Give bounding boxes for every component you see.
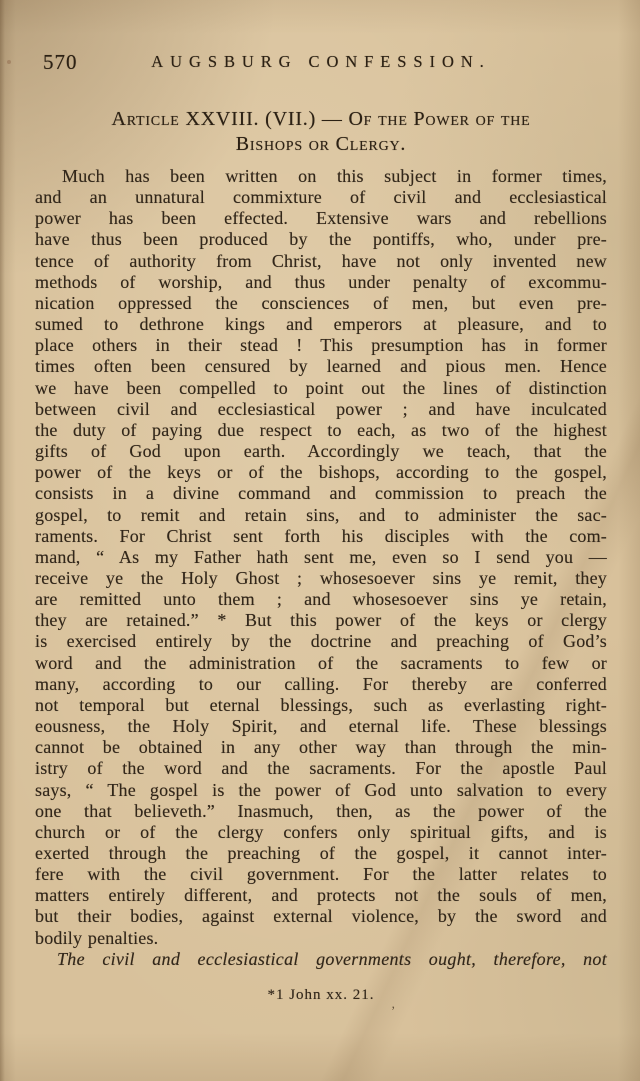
article-heading-line-1: Article XXVIII. (VII.) — Of the Power of…	[35, 107, 607, 132]
body-text-line: says, “ The gospel is the power of God u…	[35, 780, 607, 801]
body-text-line: is exercised entirely by the doctrine an…	[35, 631, 607, 652]
body-text-line: mand, “ As my Father hath sent me, even …	[35, 547, 607, 568]
body-text-line: have thus been produced by the pontiffs,…	[35, 229, 607, 250]
body-text-line: Much has been written on this subject in…	[35, 166, 607, 187]
article-heading: Article XXVIII. (VII.) — Of the Power of…	[35, 107, 607, 157]
continuation-paragraph-line: The civil and ecclesiastical governments…	[35, 949, 607, 971]
body-text-line: are remitted unto them ; and whosesoever…	[35, 589, 607, 610]
paper-speck	[7, 60, 11, 64]
article-heading-line-2: Bishops or Clergy.	[35, 132, 607, 157]
body-text-line: cannot be obtained in any other way than…	[35, 737, 607, 758]
body-text-line: receive ye the Holy Ghost ; whosesoever …	[35, 568, 607, 589]
body-text-line: eousness, the Holy Spirit, and eternal l…	[35, 716, 607, 737]
body-text-line: methods of worship, and thus under penal…	[35, 272, 607, 293]
body-paragraph: Much has been written on this subject in…	[35, 166, 607, 949]
body-text-line: power has been effected. Extensive wars …	[35, 208, 607, 229]
running-title: AUGSBURG CONFESSION.	[35, 52, 607, 72]
body-text-line: times often been censured by learned and…	[35, 356, 607, 377]
paper-speck: ’	[391, 1003, 395, 1019]
book-page: 570 AUGSBURG CONFESSION. Article XXVIII.…	[0, 0, 640, 1081]
body-text-line: they are retained.” * But this power of …	[35, 610, 607, 631]
body-text-line: place others in their stead ! This presu…	[35, 335, 607, 356]
body-text-line: between civil and ecclesiastical power ;…	[35, 399, 607, 420]
body-text-line: exerted through the preaching of the gos…	[35, 843, 607, 864]
body-text-line: many, according to our calling. For ther…	[35, 674, 607, 695]
body-text-line: but their bodies, against external viole…	[35, 906, 607, 927]
body-text-line: gospel, to remit and retain sins, and to…	[35, 505, 607, 526]
body-text-line: and an unnatural commixture of civil and…	[35, 187, 607, 208]
body-text-line: the duty of paying due respect to each, …	[35, 420, 607, 441]
body-text-line: not temporal but eternal blessings, such…	[35, 695, 607, 716]
footnote: *1 John xx. 21.	[35, 987, 607, 1004]
page-content: 570 AUGSBURG CONFESSION. Article XXVIII.…	[35, 0, 607, 1004]
body-text-line: fere with the civil government. For the …	[35, 864, 607, 885]
body-text-line: power of the keys or of the bishops, acc…	[35, 462, 607, 483]
body-text-line: word and the administration of the sacra…	[35, 653, 607, 674]
body-text-line: one that believeth.” Inasmuch, then, as …	[35, 801, 607, 822]
body-text-line: tence of authority from Christ, have not…	[35, 251, 607, 272]
body-text-line: church or of the clergy confers only spi…	[35, 822, 607, 843]
body-text-line: sumed to dethrone kings and emperors at …	[35, 314, 607, 335]
body-text-line: matters entirely different, and protects…	[35, 885, 607, 906]
footnote-text: *1 John xx. 21.	[267, 987, 374, 1003]
body-text-line: we have been compelled to point out the …	[35, 378, 607, 399]
body-text-line: istry of the word and the sacraments. Fo…	[35, 758, 607, 779]
body-text-line: nication oppressed the consciences of me…	[35, 293, 607, 314]
body-text-line: consists in a divine command and commiss…	[35, 483, 607, 504]
body-text-line: bodily penalties.	[35, 928, 607, 949]
body-text-line: raments. For Christ sent forth his disci…	[35, 526, 607, 547]
body-text-line: gifts of God upon earth. Accordingly we …	[35, 441, 607, 462]
page-header: 570 AUGSBURG CONFESSION.	[35, 50, 607, 76]
